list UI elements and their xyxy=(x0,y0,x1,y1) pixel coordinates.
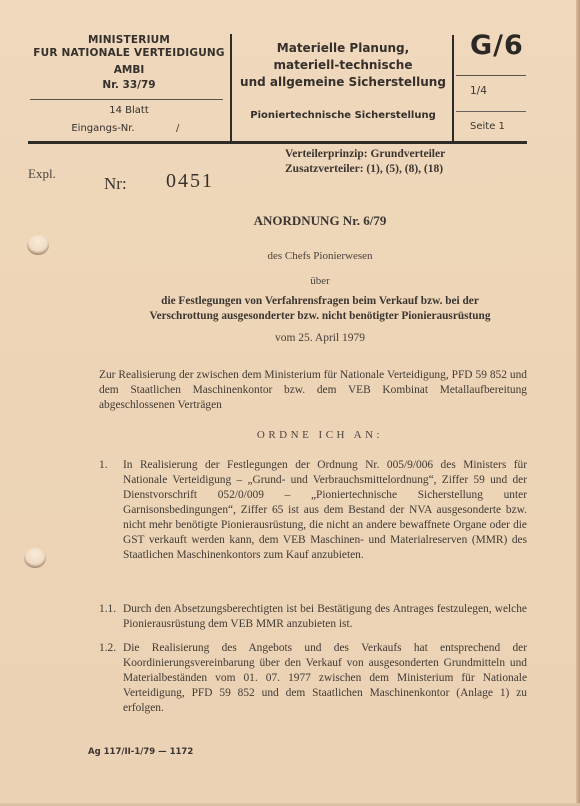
list-item-number: 1. xyxy=(99,458,108,473)
copy-label: Expl. xyxy=(28,166,56,182)
copy-number: 0451 xyxy=(166,170,214,193)
category-line-1: Materielle Planung, xyxy=(233,40,453,57)
ambi-number: Nr. 33/79 xyxy=(28,79,230,91)
list-item-text: In Realisierung der Festlegungen der Ord… xyxy=(123,458,527,563)
copy-number-symbol: Nr: xyxy=(104,174,127,194)
category-title: Materielle Planung, materiell-technische… xyxy=(233,40,453,91)
header-right-divider-2 xyxy=(456,111,526,112)
list-item-text: Durch den Absetzungsberechtigten ist bei… xyxy=(123,602,527,632)
header-vertical-rule-left xyxy=(230,34,232,141)
order-subject-line-1: die Festlegungen von Verfahrensfragen be… xyxy=(80,294,560,309)
entry-number-value: / xyxy=(176,123,179,134)
category-line-2: materiell-technische xyxy=(233,57,453,74)
list-item: 1. In Realisierung der Festlegungen der … xyxy=(99,458,527,563)
list-item: 1.1. Durch den Absetzungsberechtigten is… xyxy=(99,602,527,632)
ministry-name: MINISTERIUM FUR NATIONALE VERTEIDIGUNG xyxy=(28,34,230,60)
page-number: Seite 1 xyxy=(470,121,505,132)
print-code: Ag 117/II-1/79 — 1172 xyxy=(88,747,193,757)
document-page: MINISTERIUM FUR NATIONALE VERTEIDIGUNG A… xyxy=(0,0,580,806)
ambi-label: AMBI xyxy=(28,64,230,76)
subcategory-title: Pioniertechnische Sicherstellung xyxy=(233,110,453,121)
punch-hole-icon xyxy=(24,548,46,568)
order-subject-line-2: Verschrottung ausgesonderter bzw. nicht … xyxy=(80,309,560,324)
document-code: G/6 xyxy=(470,30,524,61)
page-edge-shadow xyxy=(576,0,580,806)
order-about: über xyxy=(80,275,560,287)
order-issuer: des Chefs Pionierwesen xyxy=(80,250,560,262)
list-item: 1.2. Die Realisierung des Angebots und d… xyxy=(99,641,527,716)
category-line-3: und allgemeine Sicherstellung xyxy=(233,74,453,91)
sheet-count: 14 Blatt xyxy=(28,105,230,116)
list-item-text: Die Realisierung des Angebots und des Ve… xyxy=(123,641,527,716)
header-left-divider xyxy=(30,99,223,100)
punch-hole-icon xyxy=(27,235,49,255)
ministry-line-1: MINISTERIUM xyxy=(28,34,230,47)
list-item-number: 1.2. xyxy=(99,641,116,656)
distribution-additional: Zusatzverteiler: (1), (5), (8), (18) xyxy=(285,162,445,177)
distribution-block: Verteilerprinzip: Grundverteiler Zusatzv… xyxy=(285,147,445,177)
order-phrase: ORDNE ICH AN: xyxy=(80,429,560,441)
order-date: vom 25. April 1979 xyxy=(80,332,560,344)
order-heading: ANORDNUNG Nr. 6/79 xyxy=(80,213,560,229)
section-number: 1/4 xyxy=(470,85,487,97)
list-item-number: 1.1. xyxy=(99,602,116,617)
ministry-line-2: FUR NATIONALE VERTEIDIGUNG xyxy=(28,47,230,60)
entry-number-label: Eingangs-Nr. xyxy=(28,123,178,134)
intro-paragraph: Zur Realisierung der zwischen dem Minist… xyxy=(99,368,527,413)
distribution-principle: Verteilerprinzip: Grundverteiler xyxy=(285,147,445,162)
order-subject: die Festlegungen von Verfahrensfragen be… xyxy=(80,294,560,324)
header-right-divider-1 xyxy=(456,75,526,76)
header-bottom-rule xyxy=(28,141,527,144)
